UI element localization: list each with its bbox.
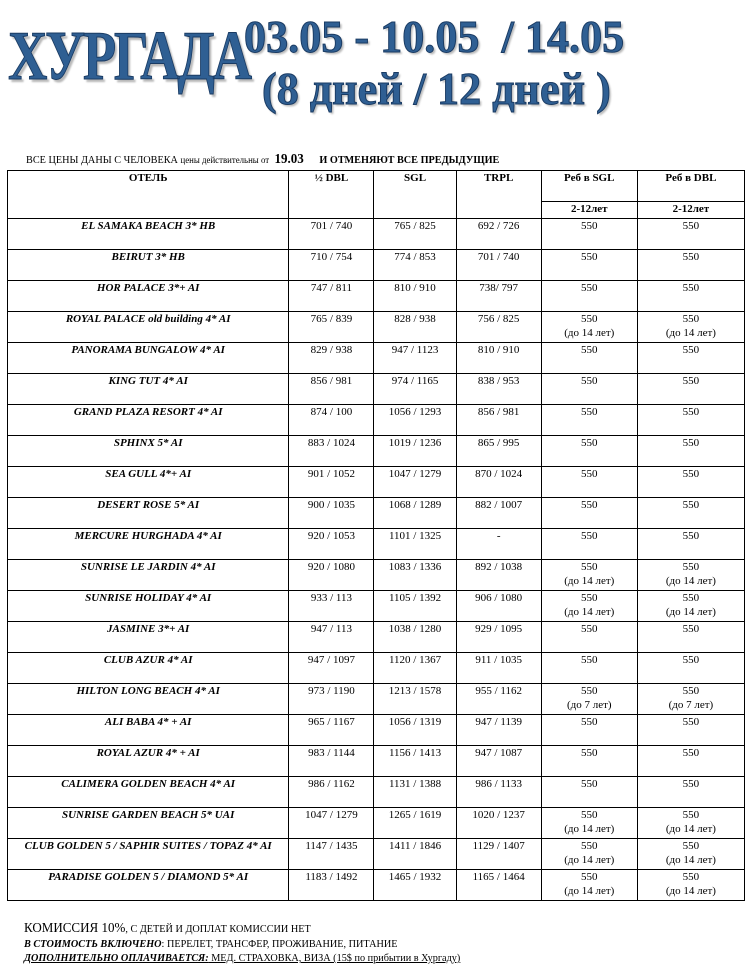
price-child-dbl: 550 [637, 653, 744, 684]
price-half-dbl: 765 / 839 [289, 312, 374, 343]
price-half-dbl: 965 / 1167 [289, 715, 374, 746]
child-price: 550 [638, 839, 744, 853]
price-trpl: 1020 / 1237 [456, 808, 541, 839]
child-age-note: (до 7 лет) [638, 698, 744, 712]
child-age-note: (до 14 лет) [638, 574, 744, 588]
price-child-dbl: 550 [637, 250, 744, 281]
price-sgl: 1105 / 1392 [374, 591, 456, 622]
col-header-child-dbl-age: 2-12лет [637, 202, 744, 219]
table-row: SPHINX 5* AI883 / 10241019 / 1236865 / 9… [8, 436, 745, 467]
price-half-dbl: 747 / 811 [289, 281, 374, 312]
price-sgl: 1265 / 1619 [374, 808, 456, 839]
child-price: 550 [542, 498, 637, 512]
table-row: GRAND PLAZA RESORT 4* AI874 / 1001056 / … [8, 405, 745, 436]
child-age-note: (до 14 лет) [542, 884, 637, 898]
price-sgl: 947 / 1123 [374, 343, 456, 374]
col-header-trpl: TRPL [456, 171, 541, 202]
child-price: 550 [542, 250, 637, 264]
child-price: 550 [638, 250, 744, 264]
price-half-dbl: 933 / 113 [289, 591, 374, 622]
price-child-dbl: 550 [637, 219, 744, 250]
col-header-child-dbl: Реб в DBL [637, 171, 744, 202]
hotel-name: HOR PALACE 3*+ AI [8, 281, 289, 312]
hotel-name: ALI BABA 4* + AI [8, 715, 289, 746]
price-child-sgl: 550 [541, 746, 637, 777]
hotel-name: ROYAL PALACE old building 4* AI [8, 312, 289, 343]
title-durations: (8 дней / 12 дней ) [262, 66, 611, 112]
price-trpl: 955 / 1162 [456, 684, 541, 715]
price-sgl: 1047 / 1279 [374, 467, 456, 498]
child-price: 550 [638, 684, 744, 698]
notice-valid-from: 19.03 [274, 152, 303, 167]
price-trpl: - [456, 529, 541, 560]
child-age-note: (до 14 лет) [638, 822, 744, 836]
price-child-sgl: 550(до 14 лет) [541, 839, 637, 870]
price-child-sgl: 550 [541, 374, 637, 405]
price-child-sgl: 550 [541, 777, 637, 808]
hotel-name: ROYAL AZUR 4* + AI [8, 746, 289, 777]
child-price: 550 [542, 219, 637, 233]
price-trpl: 865 / 995 [456, 436, 541, 467]
price-trpl: 756 / 825 [456, 312, 541, 343]
child-price: 550 [542, 653, 637, 667]
child-age-note: (до 14 лет) [638, 853, 744, 867]
hotel-name: GRAND PLAZA RESORT 4* AI [8, 405, 289, 436]
table-row: SUNRISE LE JARDIN 4* AI920 / 10801083 / … [8, 560, 745, 591]
child-price: 550 [638, 281, 744, 295]
price-half-dbl: 983 / 1144 [289, 746, 374, 777]
child-age-note: (до 14 лет) [542, 605, 637, 619]
child-price: 550 [542, 343, 637, 357]
hotel-name: SEA GULL 4*+ AI [8, 467, 289, 498]
table-row: ROYAL PALACE old building 4* AI765 / 839… [8, 312, 745, 343]
table-row: DESERT ROSE 5* AI900 / 10351068 / 128988… [8, 498, 745, 529]
child-price: 550 [638, 870, 744, 884]
child-price: 550 [542, 312, 637, 326]
footer-notes: КОМИССИЯ 10%, С ДЕТЕЙ И ДОПЛАТ КОМИССИИ … [24, 921, 460, 965]
child-price: 550 [638, 591, 744, 605]
child-age-note: (до 14 лет) [542, 822, 637, 836]
child-price: 550 [638, 808, 744, 822]
price-trpl: 692 / 726 [456, 219, 541, 250]
price-half-dbl: 701 / 740 [289, 219, 374, 250]
child-price: 550 [638, 746, 744, 760]
table-row: JASMINE 3*+ AI947 / 1131038 / 1280929 / … [8, 622, 745, 653]
table-row: CLUB GOLDEN 5 / SAPHIR SUITES / TOPAZ 4*… [8, 839, 745, 870]
price-half-dbl: 856 / 981 [289, 374, 374, 405]
child-price: 550 [638, 436, 744, 450]
price-trpl: 892 / 1038 [456, 560, 541, 591]
price-half-dbl: 920 / 1080 [289, 560, 374, 591]
table-row: MERCURE HURGHADA 4* AI920 / 10531101 / 1… [8, 529, 745, 560]
hotel-name: CALIMERA GOLDEN BEACH 4* AI [8, 777, 289, 808]
child-price: 550 [638, 653, 744, 667]
price-half-dbl: 874 / 100 [289, 405, 374, 436]
price-sgl: 1056 / 1319 [374, 715, 456, 746]
price-sgl: 1068 / 1289 [374, 498, 456, 529]
title-city: ХУРГАДА [8, 22, 250, 92]
child-price: 550 [542, 591, 637, 605]
table-row: CLUB AZUR 4* AI947 / 10971120 / 1367911 … [8, 653, 745, 684]
child-price: 550 [638, 622, 744, 636]
hotel-name: BEIRUT 3* HB [8, 250, 289, 281]
hotel-name: KING TUT 4* AI [8, 374, 289, 405]
price-half-dbl: 710 / 754 [289, 250, 374, 281]
child-price: 550 [542, 870, 637, 884]
price-child-sgl: 550 [541, 498, 637, 529]
child-price: 550 [542, 529, 637, 543]
title-dates: 03.05 - 10.05 / 14.05 [244, 14, 624, 60]
price-sgl: 1411 / 1846 [374, 839, 456, 870]
price-child-dbl: 550 [637, 467, 744, 498]
table-row: ROYAL AZUR 4* + AI983 / 11441156 / 14139… [8, 746, 745, 777]
price-trpl: 947 / 1087 [456, 746, 541, 777]
child-age-note: (до 14 лет) [542, 853, 637, 867]
child-price: 550 [638, 498, 744, 512]
price-child-dbl: 550 [637, 746, 744, 777]
col-header-child-sgl: Реб в SGL [541, 171, 637, 202]
price-half-dbl: 920 / 1053 [289, 529, 374, 560]
price-trpl: 838 / 953 [456, 374, 541, 405]
price-child-sgl: 550 [541, 653, 637, 684]
price-trpl: 870 / 1024 [456, 467, 541, 498]
child-price: 550 [542, 560, 637, 574]
price-half-dbl: 901 / 1052 [289, 467, 374, 498]
child-price: 550 [542, 808, 637, 822]
child-price: 550 [638, 560, 744, 574]
hotel-name: SUNRISE LE JARDIN 4* AI [8, 560, 289, 591]
hotel-name: MERCURE HURGHADA 4* AI [8, 529, 289, 560]
child-price: 550 [638, 715, 744, 729]
price-trpl: 911 / 1035 [456, 653, 541, 684]
price-child-sgl: 550(до 7 лет) [541, 684, 637, 715]
price-child-sgl: 550(до 14 лет) [541, 312, 637, 343]
price-child-dbl: 550 [637, 436, 744, 467]
price-child-dbl: 550(до 7 лет) [637, 684, 744, 715]
price-trpl: 1129 / 1407 [456, 839, 541, 870]
hotel-name: PARADISE GOLDEN 5 / DIAMOND 5* AI [8, 870, 289, 901]
price-child-sgl: 550 [541, 343, 637, 374]
child-age-note: (до 14 лет) [542, 574, 637, 588]
price-sgl: 810 / 910 [374, 281, 456, 312]
price-child-sgl: 550 [541, 405, 637, 436]
price-child-dbl: 550(до 14 лет) [637, 560, 744, 591]
child-price: 550 [542, 715, 637, 729]
extra-text: МЕД. СТРАХОВКА, ВИЗА (15$ по прибытии в … [209, 952, 461, 964]
price-trpl: 986 / 1133 [456, 777, 541, 808]
price-child-dbl: 550 [637, 343, 744, 374]
price-trpl: 929 / 1095 [456, 622, 541, 653]
price-sgl: 1056 / 1293 [374, 405, 456, 436]
price-trpl: 1165 / 1464 [456, 870, 541, 901]
price-child-dbl: 550(до 14 лет) [637, 808, 744, 839]
child-price: 550 [638, 219, 744, 233]
price-child-sgl: 550 [541, 436, 637, 467]
price-table: ОТЕЛЬ ½ DBL SGL TRPL Реб в SGL Реб в DBL… [7, 170, 745, 901]
child-price: 550 [638, 405, 744, 419]
child-price: 550 [542, 622, 637, 636]
hotel-name: EL SAMAKA BEACH 3* HB [8, 219, 289, 250]
table-row: PARADISE GOLDEN 5 / DIAMOND 5* AI1183 / … [8, 870, 745, 901]
price-trpl: 906 / 1080 [456, 591, 541, 622]
price-sgl: 774 / 853 [374, 250, 456, 281]
price-child-sgl: 550 [541, 467, 637, 498]
hotel-name: JASMINE 3*+ AI [8, 622, 289, 653]
price-child-sgl: 550 [541, 715, 637, 746]
commission-label: КОМИССИЯ 10% [24, 921, 125, 936]
child-age-note: (до 14 лет) [542, 326, 637, 340]
hotel-name: CLUB AZUR 4* AI [8, 653, 289, 684]
notice-suffix: И ОТМЕНЯЮТ ВСЕ ПРЕДЫДУЩИЕ [319, 154, 499, 166]
hotel-name: SUNRISE HOLIDAY 4* AI [8, 591, 289, 622]
child-price: 550 [638, 529, 744, 543]
table-row: KING TUT 4* AI856 / 981974 / 1165838 / 9… [8, 374, 745, 405]
notice-prefix: ВСЕ ЦЕНЫ ДАНЫ С ЧЕЛОВЕКА [26, 154, 178, 166]
child-price: 550 [638, 467, 744, 481]
price-child-sgl: 550 [541, 281, 637, 312]
table-row: CALIMERA GOLDEN BEACH 4* AI986 / 1162113… [8, 777, 745, 808]
price-sgl: 1213 / 1578 [374, 684, 456, 715]
price-sgl: 974 / 1165 [374, 374, 456, 405]
price-child-dbl: 550 [637, 622, 744, 653]
hotel-name: HILTON LONG BEACH 4* AI [8, 684, 289, 715]
included-label: В СТОИМОСТЬ ВКЛЮЧЕНО [24, 938, 162, 950]
price-half-dbl: 986 / 1162 [289, 777, 374, 808]
price-child-dbl: 550(до 14 лет) [637, 312, 744, 343]
price-child-dbl: 550(до 14 лет) [637, 591, 744, 622]
price-sgl: 1101 / 1325 [374, 529, 456, 560]
hotel-name: SUNRISE GARDEN BEACH 5* UAI [8, 808, 289, 839]
table-row: HOR PALACE 3*+ AI747 / 811810 / 910738/ … [8, 281, 745, 312]
commission-text: , С ДЕТЕЙ И ДОПЛАТ КОМИССИИ НЕТ [125, 923, 310, 935]
price-child-dbl: 550 [637, 715, 744, 746]
child-age-note: (до 7 лет) [542, 698, 637, 712]
price-trpl: 738/ 797 [456, 281, 541, 312]
hotel-name: PANORAMA BUNGALOW 4* AI [8, 343, 289, 374]
price-child-dbl: 550 [637, 374, 744, 405]
price-trpl: 882 / 1007 [456, 498, 541, 529]
child-price: 550 [638, 374, 744, 388]
price-child-sgl: 550 [541, 529, 637, 560]
child-price: 550 [638, 343, 744, 357]
price-sgl: 765 / 825 [374, 219, 456, 250]
table-row: EL SAMAKA BEACH 3* HB701 / 740765 / 8256… [8, 219, 745, 250]
table-row: SUNRISE GARDEN BEACH 5* UAI1047 / 127912… [8, 808, 745, 839]
table-row: PANORAMA BUNGALOW 4* AI829 / 938947 / 11… [8, 343, 745, 374]
hotel-name: CLUB GOLDEN 5 / SAPHIR SUITES / TOPAZ 4*… [8, 839, 289, 870]
price-half-dbl: 947 / 1097 [289, 653, 374, 684]
hotel-name: DESERT ROSE 5* AI [8, 498, 289, 529]
price-trpl: 947 / 1139 [456, 715, 541, 746]
price-child-dbl: 550 [637, 529, 744, 560]
price-half-dbl: 947 / 113 [289, 622, 374, 653]
table-row: ALI BABA 4* + AI965 / 11671056 / 1319947… [8, 715, 745, 746]
child-price: 550 [542, 374, 637, 388]
price-sgl: 1465 / 1932 [374, 870, 456, 901]
price-sgl: 1120 / 1367 [374, 653, 456, 684]
child-price: 550 [542, 839, 637, 853]
price-child-sgl: 550(до 14 лет) [541, 591, 637, 622]
price-sgl: 828 / 938 [374, 312, 456, 343]
table-row: SEA GULL 4*+ AI901 / 10521047 / 1279870 … [8, 467, 745, 498]
extra-line: ДОПОЛНИТЕЛЬНО ОПЛАЧИВАЕТСЯ: МЕД. СТРАХОВ… [24, 951, 460, 965]
price-half-dbl: 1147 / 1435 [289, 839, 374, 870]
price-sgl: 1019 / 1236 [374, 436, 456, 467]
price-trpl: 701 / 740 [456, 250, 541, 281]
price-half-dbl: 883 / 1024 [289, 436, 374, 467]
price-child-sgl: 550 [541, 622, 637, 653]
child-price: 550 [542, 467, 637, 481]
commission-line: КОМИССИЯ 10%, С ДЕТЕЙ И ДОПЛАТ КОМИССИИ … [24, 921, 460, 937]
child-price: 550 [542, 777, 637, 791]
price-half-dbl: 829 / 938 [289, 343, 374, 374]
price-child-sgl: 550 [541, 219, 637, 250]
included-line: В СТОИМОСТЬ ВКЛЮЧЕНО: ПЕРЕЛЕТ, ТРАНСФЕР,… [24, 937, 460, 951]
price-child-dbl: 550(до 14 лет) [637, 870, 744, 901]
hotel-name: SPHINX 5* AI [8, 436, 289, 467]
price-child-sgl: 550(до 14 лет) [541, 808, 637, 839]
price-half-dbl: 1183 / 1492 [289, 870, 374, 901]
col-header-half-dbl: ½ DBL [289, 171, 374, 202]
price-sgl: 1038 / 1280 [374, 622, 456, 653]
child-price: 550 [542, 436, 637, 450]
col-header-sgl: SGL [374, 171, 456, 202]
price-child-dbl: 550 [637, 498, 744, 529]
child-price: 550 [542, 405, 637, 419]
price-half-dbl: 1047 / 1279 [289, 808, 374, 839]
table-row: HILTON LONG BEACH 4* AI973 / 11901213 / … [8, 684, 745, 715]
price-child-dbl: 550 [637, 405, 744, 436]
price-trpl: 810 / 910 [456, 343, 541, 374]
table-row: SUNRISE HOLIDAY 4* AI933 / 1131105 / 139… [8, 591, 745, 622]
price-child-dbl: 550 [637, 281, 744, 312]
price-sgl: 1083 / 1336 [374, 560, 456, 591]
child-age-note: (до 14 лет) [638, 884, 744, 898]
price-child-dbl: 550(до 14 лет) [637, 839, 744, 870]
price-child-sgl: 550(до 14 лет) [541, 560, 637, 591]
price-half-dbl: 900 / 1035 [289, 498, 374, 529]
child-age-note: (до 14 лет) [638, 605, 744, 619]
price-sgl: 1131 / 1388 [374, 777, 456, 808]
price-child-dbl: 550 [637, 777, 744, 808]
child-price: 550 [542, 746, 637, 760]
extra-label: ДОПОЛНИТЕЛЬНО ОПЛАЧИВАЕТСЯ: [24, 952, 209, 964]
table-row: BEIRUT 3* HB710 / 754774 / 853701 / 7405… [8, 250, 745, 281]
price-child-sgl: 550(до 14 лет) [541, 870, 637, 901]
col-header-hotel: ОТЕЛЬ [8, 171, 289, 202]
child-age-note: (до 14 лет) [638, 326, 744, 340]
price-sgl: 1156 / 1413 [374, 746, 456, 777]
price-child-sgl: 550 [541, 250, 637, 281]
child-price: 550 [542, 684, 637, 698]
child-price: 550 [638, 777, 744, 791]
price-half-dbl: 973 / 1190 [289, 684, 374, 715]
child-price: 550 [638, 312, 744, 326]
notice-validity-label: цены действительны от [181, 156, 270, 166]
included-text: : ПЕРЕЛЕТ, ТРАНСФЕР, ПРОЖИВАНИЕ, ПИТАНИЕ [162, 938, 398, 950]
col-header-child-sgl-age: 2-12лет [541, 202, 637, 219]
child-price: 550 [542, 281, 637, 295]
price-notice: ВСЕ ЦЕНЫ ДАНЫ С ЧЕЛОВЕКА цены действител… [26, 152, 499, 168]
price-trpl: 856 / 981 [456, 405, 541, 436]
